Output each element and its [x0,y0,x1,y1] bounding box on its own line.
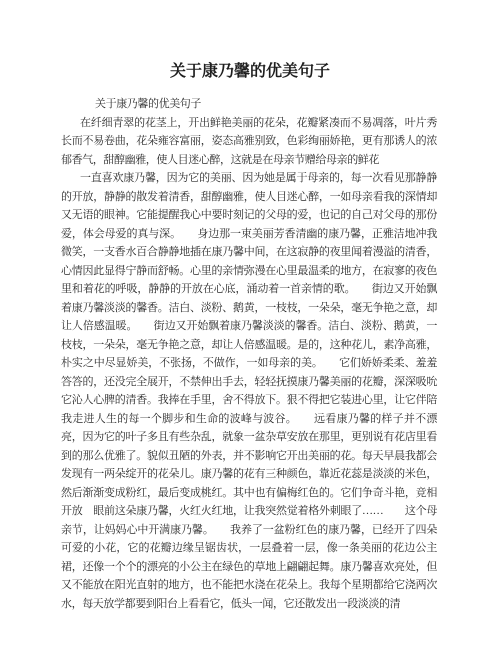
doc-subheading: 关于康乃馨的优美句子 [61,95,437,114]
paragraph: 一直喜欢康乃馨，因为它的美丽、因为她是属于母亲的，每一次看见那静静的开放，静静的… [61,169,437,613]
document-page: 关于康乃馨的优美句子 关于康乃馨的优美句子 在纤细青翠的花茎上，开出鲜艳美丽的花… [0,0,500,647]
document-body: 关于康乃馨的优美句子 在纤细青翠的花茎上，开出鲜艳美丽的花朵，花瓣紧凑而不易凋落… [61,95,437,613]
page-title: 关于康乃馨的优美句子 [0,0,500,82]
paragraph: 在纤细青翠的花茎上，开出鲜艳美丽的花朵，花瓣紧凑而不易凋落，叶片秀长而不易卷曲，… [61,114,437,170]
